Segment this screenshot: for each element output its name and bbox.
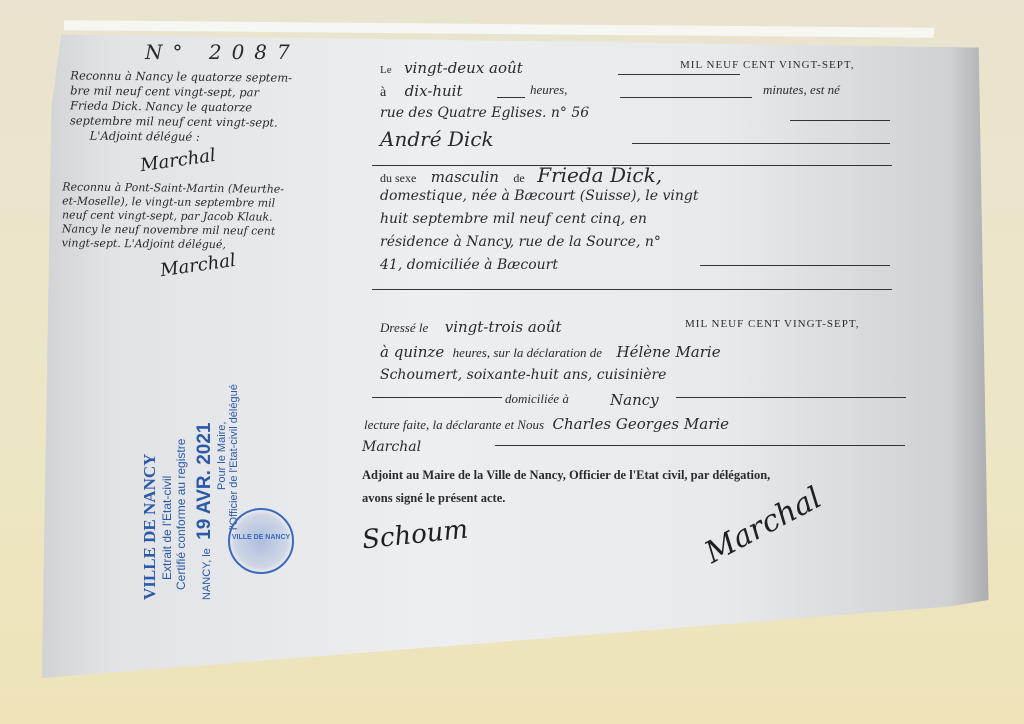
printed-de: de (513, 171, 524, 185)
rule (372, 165, 892, 166)
line-declaration: à quinze heures, sur la déclaration de H… (380, 343, 890, 363)
printed-du-sexe: du sexe (380, 171, 416, 185)
printed-domicile: domiciliée à (505, 391, 569, 407)
record-number: N° 2087 (145, 40, 300, 64)
printed-lecture: lecture faite, la déclarante et Nous (364, 417, 544, 432)
drawn-hour: à quinze (380, 343, 444, 361)
birth-address: rue des Quatre Eglises. n° 56 (380, 105, 890, 125)
birth-hour: dix-huit (405, 82, 463, 100)
margin-note-1: Reconnu à Nancy le quatorze septem- bre … (70, 68, 371, 146)
stamp-date: 19 AVR. 2021 (194, 423, 215, 540)
stamp-title: VILLE DE NANCY (140, 370, 160, 600)
line-sex: du sexe masculin de Frieda Dick, (380, 163, 890, 183)
printed-minutes: minutes, est né (763, 82, 840, 98)
stamp-date-prefix: NANCY, le (201, 548, 213, 600)
printed-hours: heures, (530, 82, 567, 98)
rule (790, 120, 890, 121)
mother-detail-4: 41, domiciliée à Bæcourt (380, 257, 890, 277)
printed-year-2: MIL NEUF CENT VINGT-SEPT, (685, 318, 860, 330)
rule (495, 445, 905, 446)
mother-detail-1: domestique, née à Bæcourt (Suisse), le v… (380, 188, 890, 208)
line-domicile: domiciliée à Nancy (380, 391, 890, 411)
line-dresse: Dressé le vingt-trois août MIL NEUF CENT… (380, 318, 890, 338)
officer-title: Adjoint au Maire de la Ville de Nancy, O… (362, 468, 872, 488)
seal-text: VILLE DE NANCY (230, 510, 292, 541)
printed-dresse: Dressé le (380, 320, 428, 335)
rule (620, 97, 752, 98)
declarant-first: Hélène Marie (617, 343, 721, 361)
rule (372, 397, 502, 398)
mother-detail-3: résidence à Nancy, rue de la Source, n° (380, 234, 890, 254)
paper-top-edge (64, 20, 934, 38)
birth-date: vingt-deux août (404, 59, 523, 77)
margin-note-signoff: L'Adjoint délégué : (70, 128, 370, 146)
mother-name: Frieda Dick, (537, 163, 662, 187)
printed-declaration: heures, sur la déclaration de (453, 345, 602, 360)
rule (676, 397, 906, 398)
mother-detail-2: huit septembre mil neuf cent cinq, en (380, 211, 890, 231)
rule (700, 265, 890, 266)
rule (632, 143, 890, 144)
line-hour: à dix-huit heures, minutes, est né (380, 82, 890, 102)
child-name: André Dick (380, 127, 890, 147)
stamp-line-2: Certifié conforme au registre (174, 370, 188, 600)
printed-le: Le (380, 64, 392, 76)
officer-surname: Marchal (362, 439, 872, 459)
printed-year: MIL NEUF CENT VINGT-SEPT, (680, 59, 855, 71)
line-lecture: lecture faite, la déclarante et Nous Cha… (380, 415, 890, 435)
line-date: Le vingt-deux août MIL NEUF CENT VINGT-S… (380, 59, 890, 79)
margin-note-2: Reconnu à Pont-Saint-Martin (Meurthe- et… (62, 180, 363, 253)
city-seal: VILLE DE NANCY (228, 508, 294, 574)
declarant-domicile: Nancy (610, 391, 659, 409)
child-sex: masculin (431, 168, 499, 186)
officer-names: Charles Georges Marie (553, 415, 730, 433)
drawn-date: vingt-trois août (445, 318, 562, 336)
declarant-line: Schoumert, soixante-huit ans, cuisinière (380, 367, 890, 387)
rule (618, 74, 740, 75)
rule (497, 97, 525, 98)
stamp-date-line: NANCY, le 19 AVR. 2021 (194, 370, 216, 600)
stamp-line-1: Extrait de l'Etat-civil (160, 370, 174, 600)
stamp-sign-1: Pour le Maire, (216, 370, 228, 600)
rule (372, 289, 892, 290)
printed-a: à (380, 85, 386, 100)
